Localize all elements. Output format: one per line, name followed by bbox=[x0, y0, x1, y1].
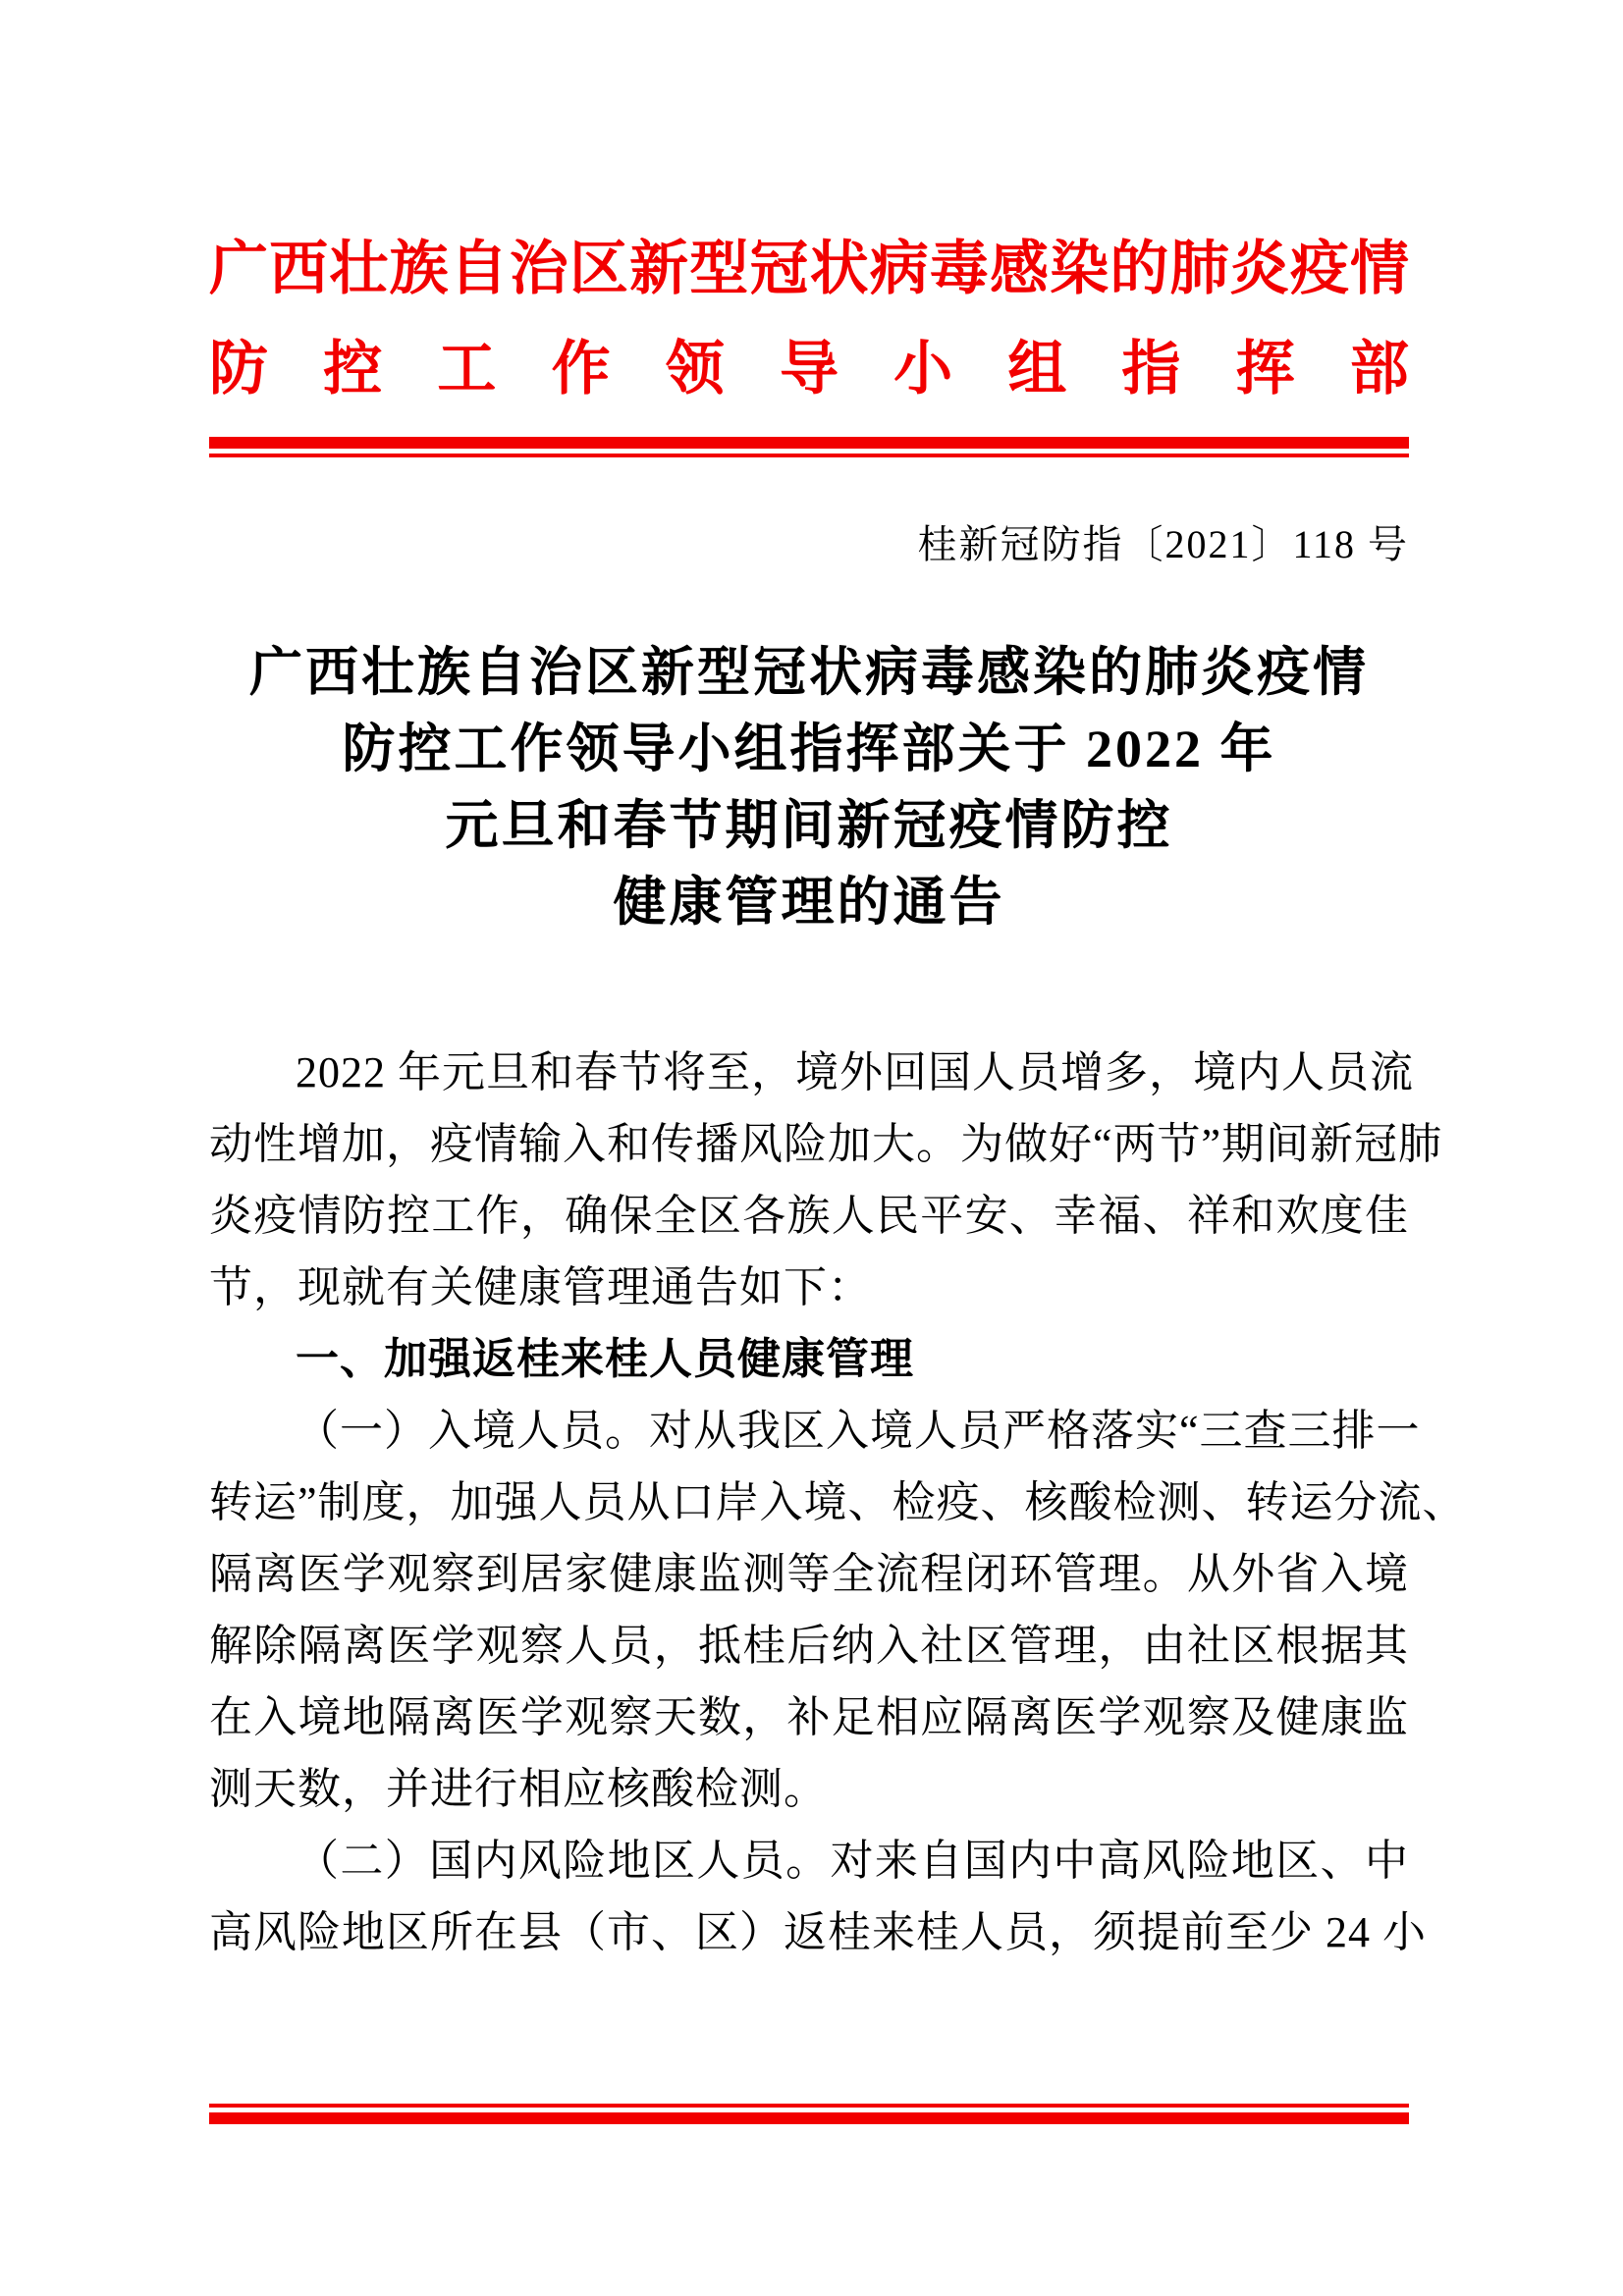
letterhead-char: 族 bbox=[389, 232, 448, 306]
body-line: 炎疫情防控工作，确保全区各族人民平安、幸福、祥和欢度佳 bbox=[209, 1180, 1409, 1252]
header-rule-thick bbox=[209, 437, 1409, 449]
letterhead-char: 染 bbox=[1050, 232, 1109, 306]
letterhead-char: 控 bbox=[323, 332, 382, 406]
letterhead-char: 区 bbox=[569, 232, 628, 306]
document-body: 2022 年元旦和春节将至，境外回国人员增多，境内人员流动性增加，疫情输入和传播… bbox=[209, 1037, 1409, 1968]
letterhead-char: 广 bbox=[209, 232, 268, 306]
letterhead-char: 肺 bbox=[1170, 232, 1229, 306]
body-paragraph: （二）国内风险地区人员。对来自国内中高风险地区、中高风险地区所在县（市、区）返桂… bbox=[209, 1825, 1409, 1968]
letterhead-char: 自 bbox=[450, 232, 509, 306]
footer-double-rule bbox=[209, 2104, 1409, 2124]
section-heading: 一、加强返桂来桂人员健康管理 bbox=[209, 1323, 1409, 1395]
letterhead-char: 西 bbox=[269, 232, 328, 306]
letterhead-char: 炎 bbox=[1230, 232, 1289, 306]
letterhead-char: 冠 bbox=[749, 232, 808, 306]
letterhead-char: 导 bbox=[780, 332, 839, 406]
body-line: （二）国内风险地区人员。对来自国内中高风险地区、中 bbox=[209, 1825, 1409, 1896]
body-line: （一）入境人员。对从我区入境人员严格落实“三查三排一 bbox=[209, 1395, 1409, 1467]
body-paragraph: 2022 年元旦和春节将至，境外回国人员增多，境内人员流动性增加，疫情输入和传播… bbox=[209, 1037, 1409, 1323]
title-line: 广西壮族自治区新型冠状病毒感染的肺炎疫情 bbox=[209, 634, 1409, 711]
body-line: 高风险地区所在县（市、区）返桂来桂人员，须提前至少 24 小 bbox=[209, 1896, 1409, 1968]
header-rule-thin bbox=[209, 454, 1409, 457]
letterhead-char: 治 bbox=[510, 232, 568, 306]
body-paragraph: （一）入境人员。对从我区入境人员严格落实“三查三排一转运”制度，加强人员从口岸入… bbox=[209, 1395, 1409, 1825]
letterhead-char: 新 bbox=[629, 232, 688, 306]
letterhead-char: 领 bbox=[666, 332, 725, 406]
doc-number: 桂新冠防指〔2021〕118 号 bbox=[209, 517, 1409, 572]
letterhead-line-1: 广西壮族自治区新型冠状病毒感染的肺炎疫情 bbox=[209, 232, 1409, 306]
body-line: 转运”制度，加强人员从口岸入境、检疫、核酸检测、转运分流、 bbox=[209, 1467, 1409, 1538]
letterhead-char: 毒 bbox=[930, 232, 989, 306]
body-line: 解除隔离医学观察人员，抵桂后纳入社区管理，由社区根据其 bbox=[209, 1610, 1409, 1682]
letterhead-char: 小 bbox=[893, 332, 952, 406]
letterhead-char: 壮 bbox=[329, 232, 388, 306]
heading-line: 一、加强返桂来桂人员健康管理 bbox=[209, 1323, 1409, 1395]
letterhead-char: 工 bbox=[437, 332, 496, 406]
letterhead-char: 状 bbox=[810, 232, 869, 306]
letterhead-char: 的 bbox=[1109, 232, 1168, 306]
title-line: 健康管理的通告 bbox=[209, 864, 1409, 940]
body-line: 在入境地隔离医学观察天数，补足相应隔离医学观察及健康监 bbox=[209, 1682, 1409, 1753]
letterhead-char: 防 bbox=[209, 332, 268, 406]
document-page: 广西壮族自治区新型冠状病毒感染的肺炎疫情 防控工作领导小组指挥部 桂新冠防指〔2… bbox=[0, 0, 1623, 2296]
document-title: 广西壮族自治区新型冠状病毒感染的肺炎疫情防控工作领导小组指挥部关于 2022 年… bbox=[209, 634, 1409, 940]
title-line: 防控工作领导小组指挥部关于 2022 年 bbox=[209, 711, 1409, 787]
letterhead-char: 病 bbox=[870, 232, 929, 306]
body-line: 动性增加，疫情输入和传播风险加大。为做好“两节”期间新冠肺 bbox=[209, 1108, 1409, 1180]
body-line: 隔离医学观察到居家健康监测等全流程闭环管理。从外省入境 bbox=[209, 1538, 1409, 1610]
letterhead-char: 指 bbox=[1122, 332, 1181, 406]
letterhead-char: 组 bbox=[1007, 332, 1066, 406]
header-double-rule bbox=[209, 437, 1409, 457]
letterhead-char: 作 bbox=[552, 332, 611, 406]
letterhead-char: 挥 bbox=[1236, 332, 1295, 406]
body-line: 2022 年元旦和春节将至，境外回国人员增多，境内人员流 bbox=[209, 1037, 1409, 1108]
letterhead: 广西壮族自治区新型冠状病毒感染的肺炎疫情 防控工作领导小组指挥部 bbox=[209, 232, 1409, 457]
footer-rule-thin bbox=[209, 2104, 1409, 2108]
letterhead-char: 感 bbox=[990, 232, 1049, 306]
footer-rule-thick bbox=[209, 2112, 1409, 2124]
body-line: 节，现就有关健康管理通告如下： bbox=[209, 1252, 1409, 1323]
body-line: 测天数，并进行相应核酸检测。 bbox=[209, 1753, 1409, 1825]
letterhead-char: 型 bbox=[689, 232, 748, 306]
letterhead-char: 疫 bbox=[1290, 232, 1349, 306]
letterhead-line-2: 防控工作领导小组指挥部 bbox=[209, 332, 1409, 406]
letterhead-char: 情 bbox=[1350, 232, 1409, 306]
letterhead-char: 部 bbox=[1350, 332, 1409, 406]
title-line: 元旦和春节期间新冠疫情防控 bbox=[209, 787, 1409, 864]
